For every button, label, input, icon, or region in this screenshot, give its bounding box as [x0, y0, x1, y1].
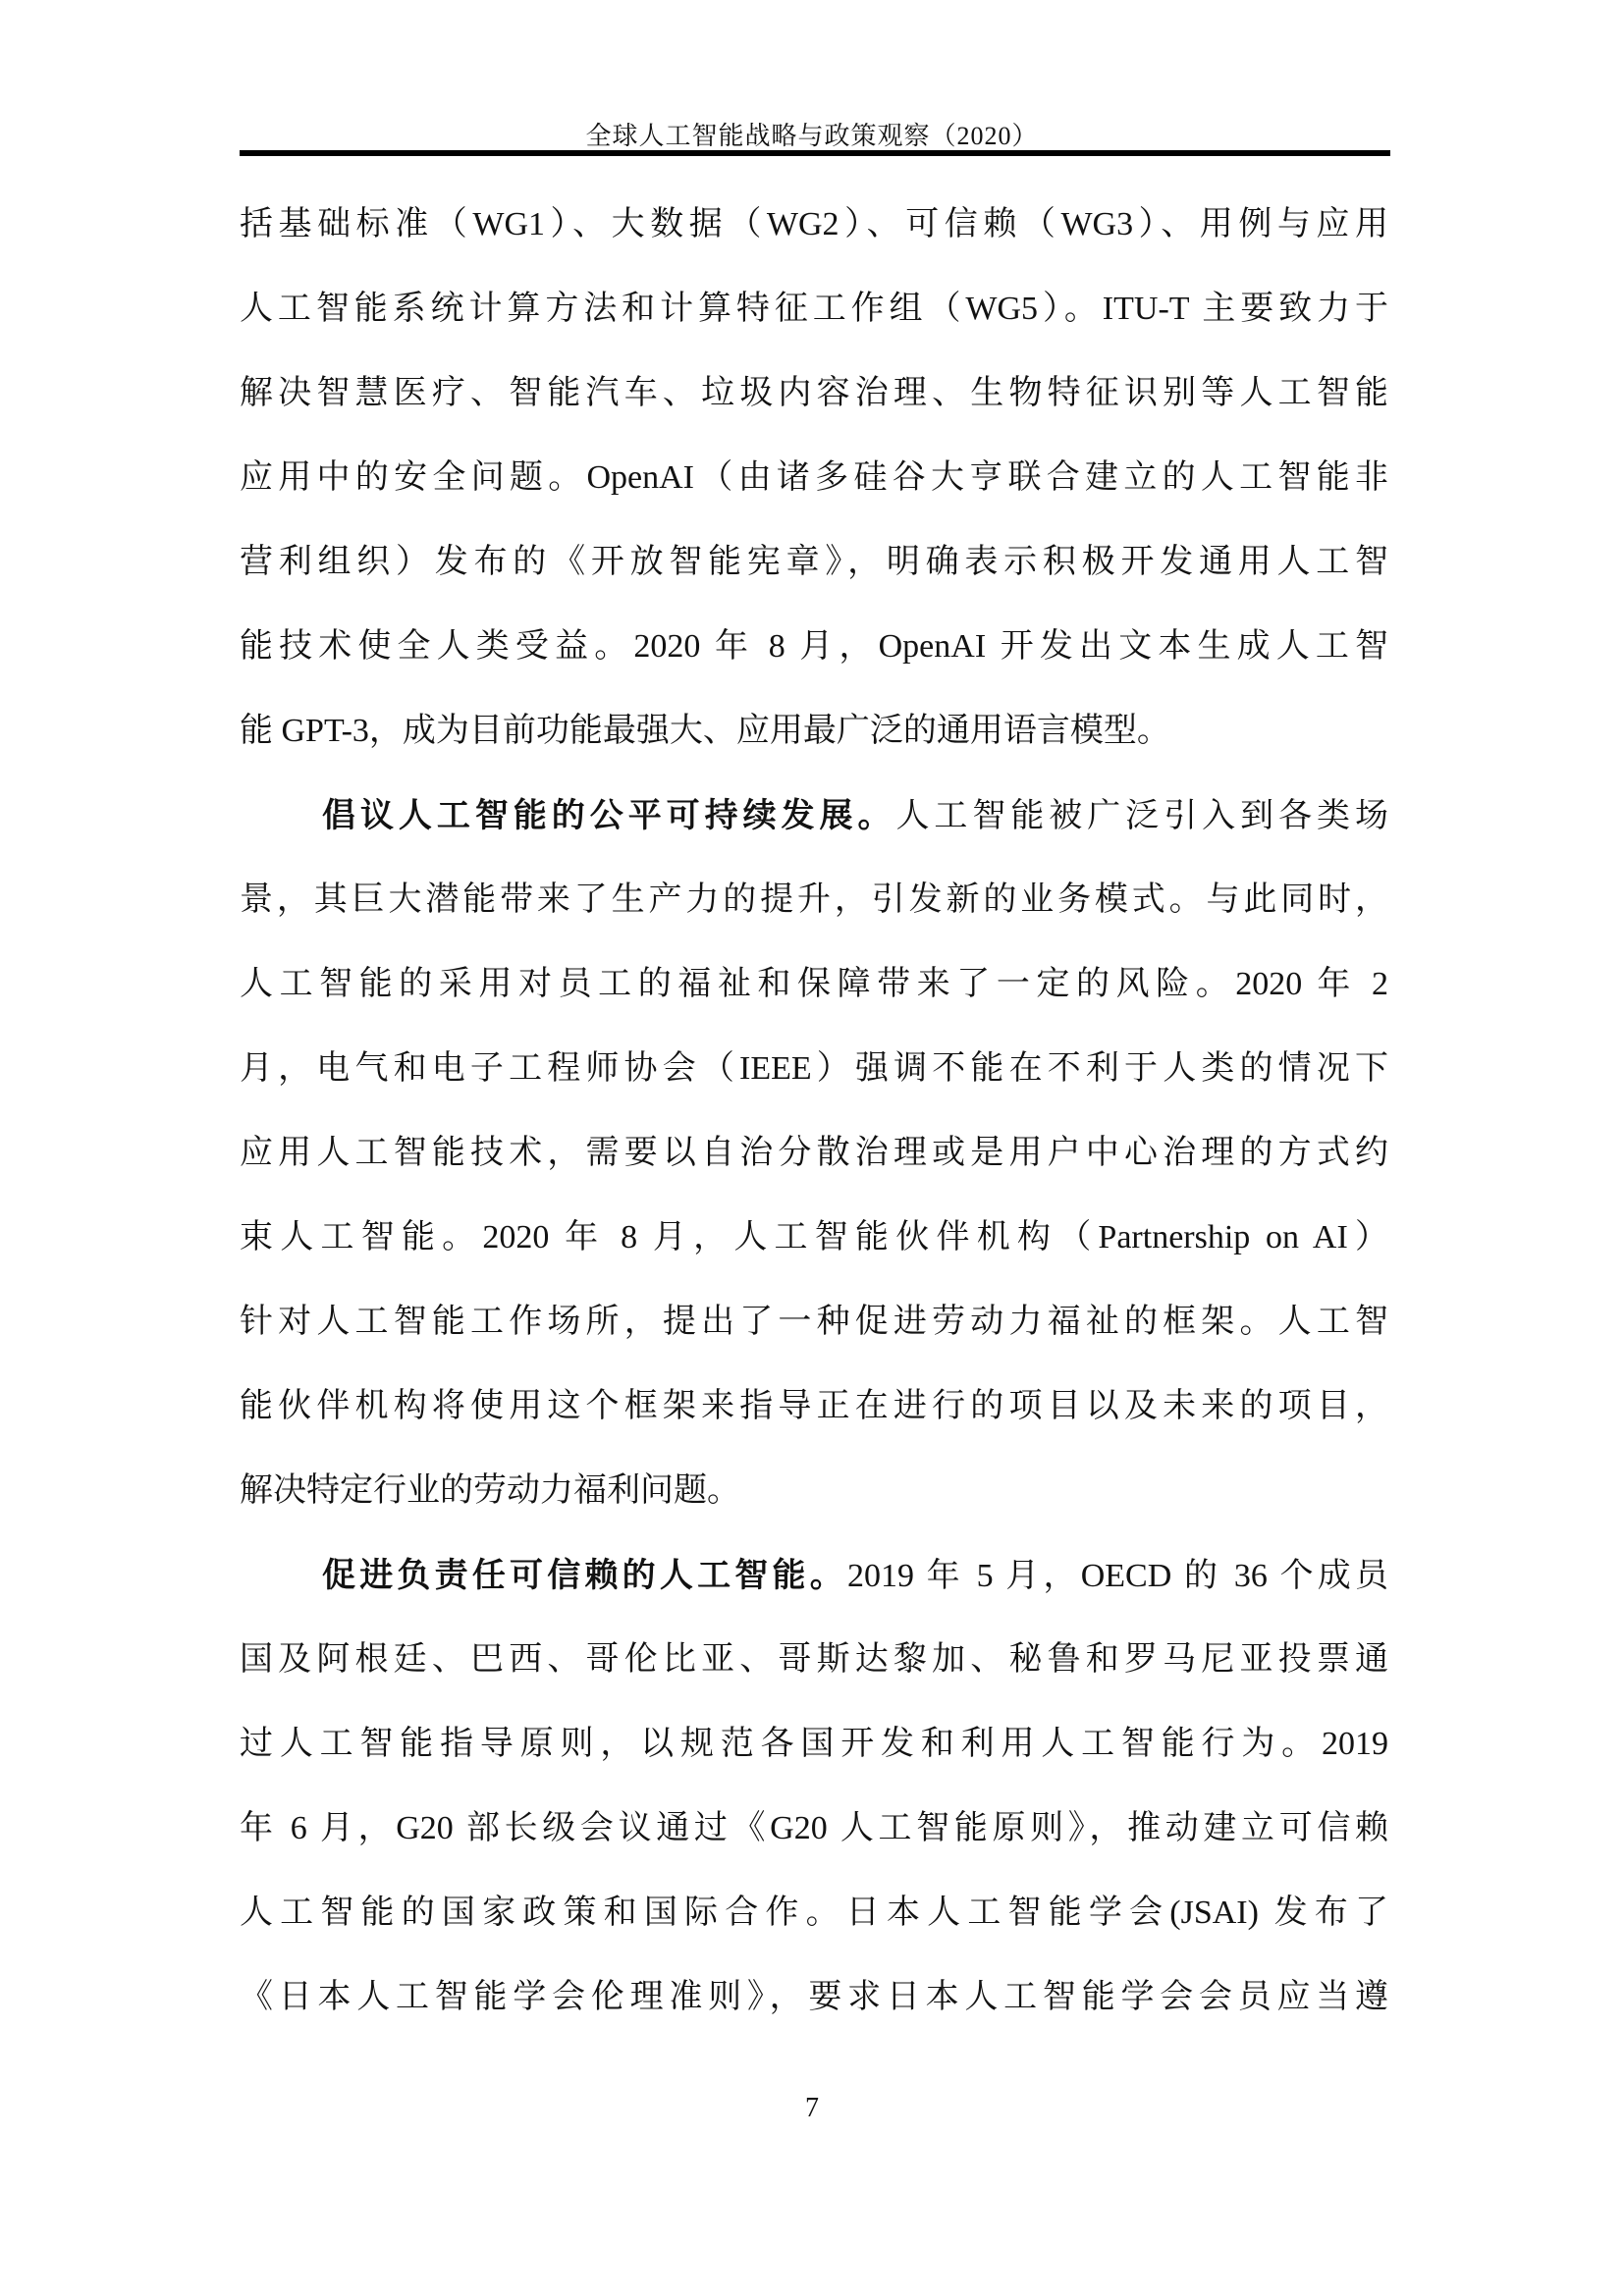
body-text-line: 年 6 月，G20 部长级会议通过《G20 人工智能原则》，推动建立可信赖 [240, 1787, 1388, 1871]
body-text-line: 解决智慧医疗、智能汽车、垃圾内容治理、生物特征识别等人工智能 [240, 351, 1388, 436]
paragraph-lead-bold: 倡议人工智能的公平可持续发展。 [322, 797, 895, 834]
body-text-line: 《日本人工智能学会伦理准则》，要求日本人工智能学会会员应当遵 [240, 1955, 1388, 2040]
paragraph-lead-bold: 促进负责任可信赖的人工智能。 [322, 1557, 847, 1594]
body-text-line: 括基础标准（WG1）、大数据（WG2）、可信赖（WG3）、用例与应用（WG4）、 [240, 183, 1388, 267]
body-text-line: 应用中的安全问题。OpenAI（由诸多硅谷大亨联合建立的人工智能非 [240, 436, 1388, 520]
body-text-line: 能 GPT-3，成为目前功能最强大、应用最广泛的通用语言模型。 [240, 689, 1388, 774]
body-text-line: 解决特定行业的劳动力福利问题。 [240, 1449, 1388, 1533]
body-text-line: 景，其巨大潜能带来了生产力的提升，引发新的业务模式。与此同时， [240, 858, 1388, 942]
body-text-line: 束人工智能。2020 年 8 月，人工智能伙伴机构（Partnership on… [240, 1196, 1388, 1280]
body-text-line: 能技术使全人类受益。2020 年 8 月，OpenAI 开发出文本生成人工智 [240, 605, 1388, 689]
document-page: 全球人工智能战略与政策观察（2020） 括基础标准（WG1）、大数据（WG2）、… [0, 0, 1624, 2296]
header-divider-rule [240, 150, 1390, 156]
body-text-segment: 2019 年 5 月，OECD 的 36 个成员 [847, 1558, 1388, 1594]
body-text-line: 人工智能系统计算方法和计算特征工作组（WG5）。ITU-T 主要致力于 [240, 267, 1388, 351]
document-body: 括基础标准（WG1）、大数据（WG2）、可信赖（WG3）、用例与应用（WG4）、… [240, 183, 1388, 2040]
body-text-segment: 人工智能被广泛引入到各类场 [895, 798, 1388, 834]
body-text-line: 应用人工智能技术，需要以自治分散治理或是用户中心治理的方式约 [240, 1111, 1388, 1196]
body-text-line: 人工智能的国家政策和国际合作。日本人工智能学会(JSAI) 发布了 [240, 1871, 1388, 1955]
body-text-line: 能伙伴机构将使用这个框架来指导正在进行的项目以及未来的项目， [240, 1364, 1388, 1449]
body-text-line: 针对人工智能工作场所，提出了一种促进劳动力福祉的框架。人工智 [240, 1280, 1388, 1364]
body-text-line: 国及阿根廷、巴西、哥伦比亚、哥斯达黎加、秘鲁和罗马尼亚投票通 [240, 1618, 1388, 1702]
body-text-line: 倡议人工智能的公平可持续发展。人工智能被广泛引入到各类场 [240, 774, 1388, 858]
running-header-title: 全球人工智能战略与政策观察（2020） [0, 116, 1624, 152]
body-text-line: 过人工智能指导原则，以规范各国开发和利用人工智能行为。2019 [240, 1702, 1388, 1787]
page-number: 7 [0, 2093, 1624, 2124]
body-text-line: 月，电气和电子工程师协会（IEEE）强调不能在不利于人类的情况下 [240, 1027, 1388, 1111]
body-text-line: 促进负责任可信赖的人工智能。2019 年 5 月，OECD 的 36 个成员 [240, 1533, 1388, 1618]
body-text-line: 人工智能的采用对员工的福祉和保障带来了一定的风险。2020 年 2 [240, 942, 1388, 1027]
body-text-line: 营利组织）发布的《开放智能宪章》，明确表示积极开发通用人工智 [240, 520, 1388, 605]
